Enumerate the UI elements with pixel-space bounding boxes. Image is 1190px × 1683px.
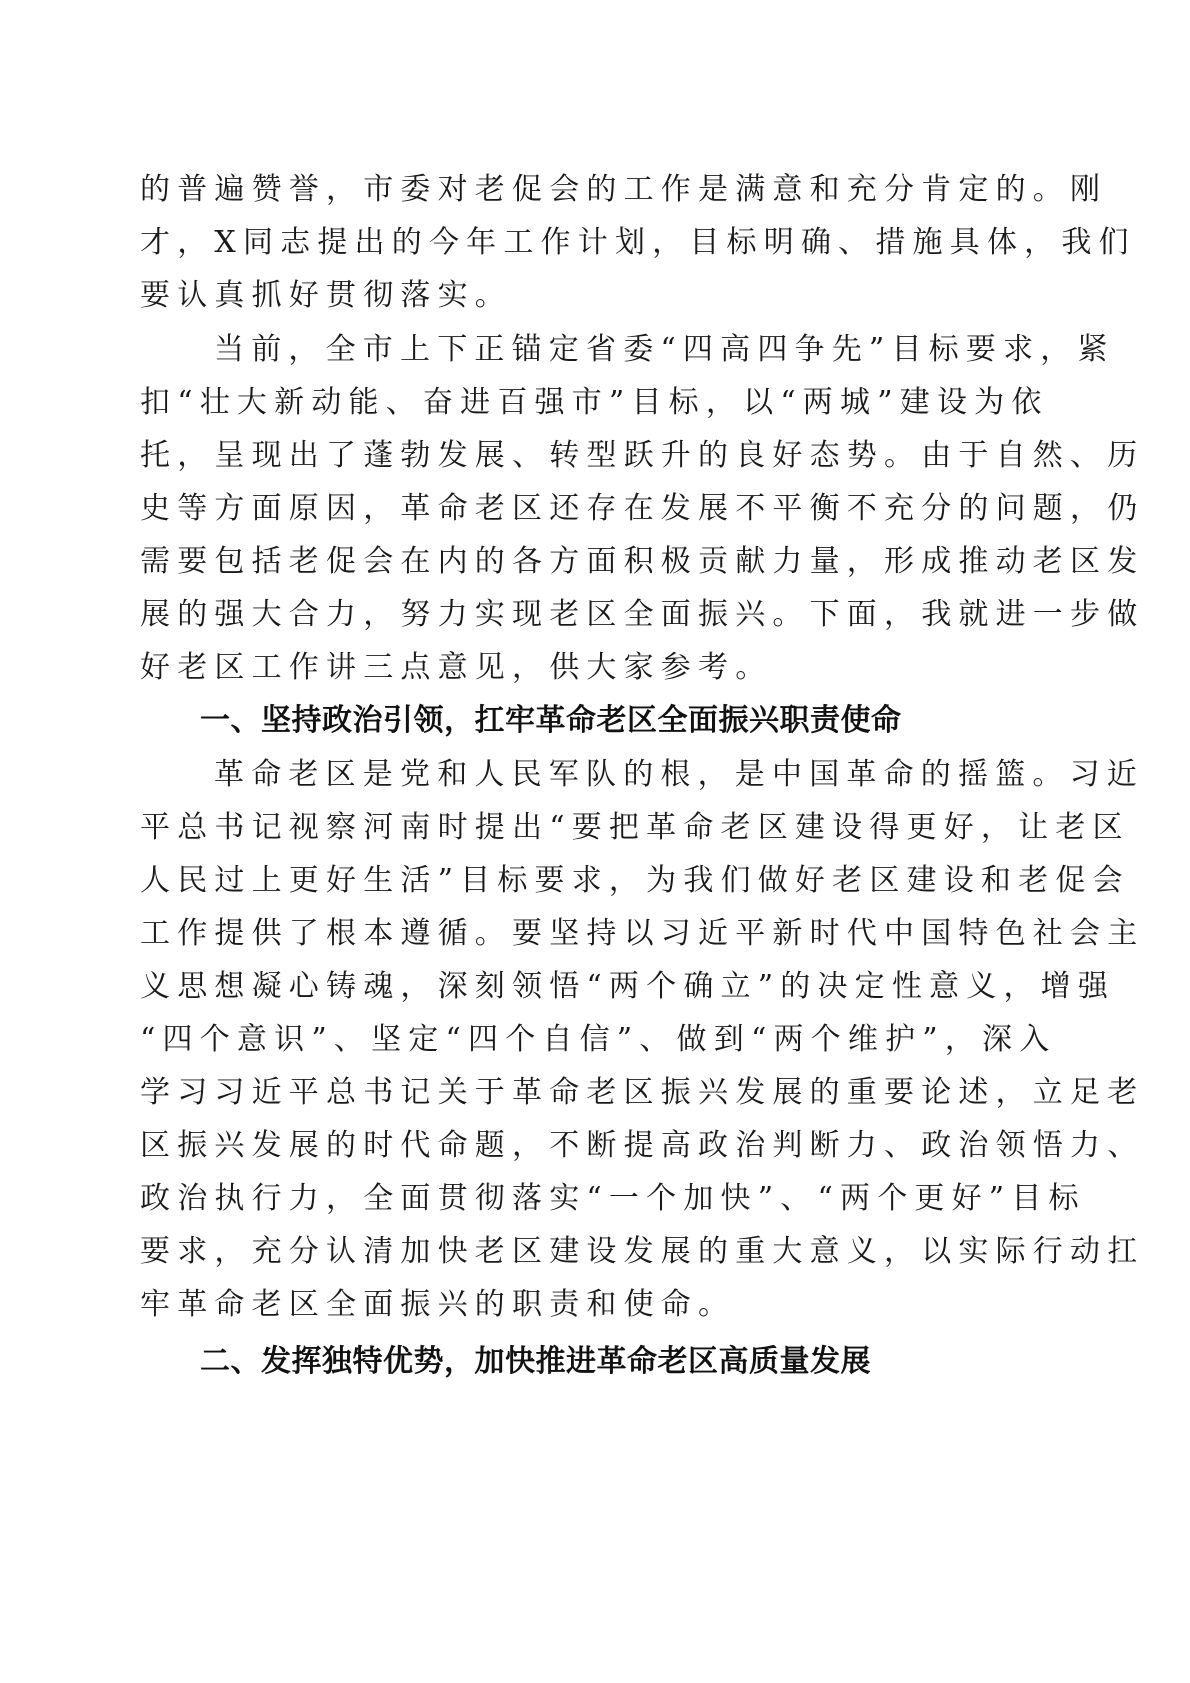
paragraph-line: 扣“壮大新动能、奋进百强市”目标，以“两城”建设为依	[140, 377, 962, 429]
paragraph-line: 义思想凝心铸魂，深刻领悟“两个确立”的决定性意义，增强	[140, 961, 962, 1013]
section-heading-2: 二、发挥独特优势，加快推进革命老区高质量发展	[200, 1336, 871, 1388]
paragraph-line: 好老区工作讲三点意见，供大家参考。	[140, 642, 962, 694]
paragraph-line: 才，X同志提出的今年工作计划，目标明确、措施具体，我们	[140, 217, 962, 269]
paragraph-line: 政治执行力，全面贯彻落实“一个加快”、“两个更好”目标	[140, 1173, 962, 1225]
paragraph-line: 区振兴发展的时代命题，不断提高政治判断力、政治领悟力、	[140, 1120, 962, 1172]
paragraph-line: 学习习近平总书记关于革命老区振兴发展的重要论述，立足老	[140, 1067, 962, 1119]
paragraph-line: 工作提供了根本遵循。要坚持以习近平新时代中国特色社会主	[140, 908, 962, 960]
paragraph-line: 的普遍赞誉，市委对老促会的工作是满意和充分肯定的。刚	[140, 164, 962, 216]
paragraph-line: 托，呈现出了蓬勃发展、转型跃升的良好态势。由于自然、历	[140, 430, 962, 482]
paragraph-line: 人民过上更好生活”目标要求，为我们做好老区建设和老促会	[140, 855, 962, 907]
paragraph-line: “四个意识”、坚定“四个自信”、做到“两个维护”，深入	[140, 1014, 962, 1066]
paragraph-line: 平总书记视察河南时提出“要把革命老区建设得更好，让老区	[140, 802, 962, 854]
paragraph-line: 需要包括老促会在内的各方面积极贡献力量，形成推动老区发	[140, 536, 962, 588]
paragraph-line: 当前，全市上下正锚定省委“四高四争先”目标要求，紧	[214, 324, 1036, 376]
paragraph-line: 革命老区是党和人民军队的根，是中国革命的摇篮。习近	[214, 749, 1036, 801]
paragraph-line: 展的强大合力，努力实现老区全面振兴。下面，我就进一步做	[140, 589, 962, 641]
paragraph-line: 史等方面原因，革命老区还存在发展不平衡不充分的问题，仍	[140, 483, 962, 535]
document-page: 的普遍赞誉，市委对老促会的工作是满意和充分肯定的。刚 才，X同志提出的今年工作计…	[0, 0, 1190, 1683]
section-heading-1: 一、坚持政治引领，扛牢革命老区全面振兴职责使命	[200, 695, 902, 747]
paragraph-line: 牢革命老区全面振兴的职责和使命。	[140, 1279, 962, 1331]
paragraph-line: 要求，充分认清加快老区建设发展的重大意义，以实际行动扛	[140, 1226, 962, 1278]
paragraph-line: 要认真抓好贯彻落实。	[140, 270, 962, 322]
